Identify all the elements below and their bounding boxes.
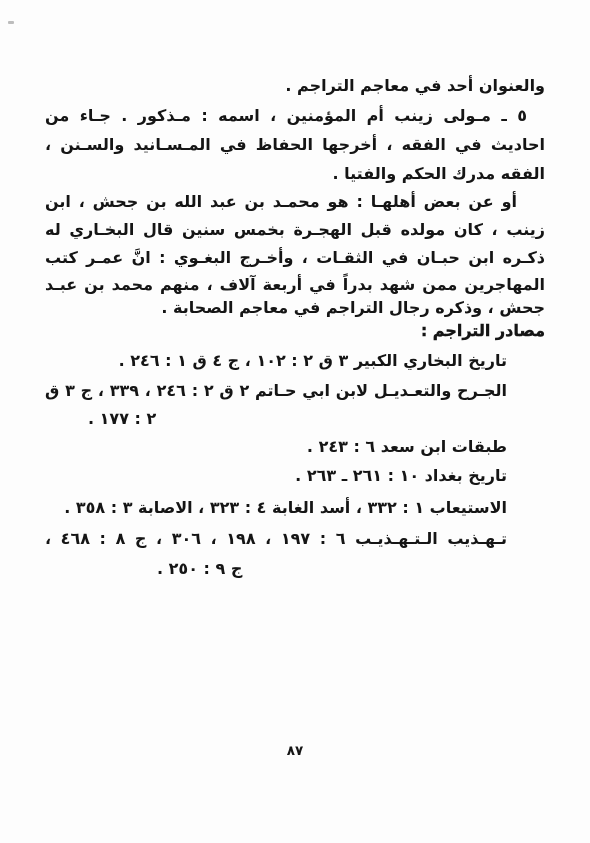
paragraph1-line3: الفقه مدرك الحكم والفتيا . [45, 160, 545, 187]
paragraph2-line2: زينب ، كان مولده قبل الهجـرة بخمس سنين ق… [45, 216, 545, 243]
paragraph1-line2: احاديث في الفقه ، أخرجها الحفاظ في المـس… [45, 131, 545, 158]
paragraph2-line1: أو عن بعض أهلهـا : هو محمـد بن عبد الله … [45, 188, 517, 215]
source-entry-tahdhib-line2: ج ٩ : ٢٥٠ . [45, 555, 545, 582]
source-entry-jarh-line1: الجـرح والتعـديـل لابن ابي حـاتم ٢ ق ٢ :… [45, 377, 507, 404]
source-entry-tahdhib-line1: تـهـذيب الـتـهـذيـب ٦ : ١٩٧ ، ١٩٨ ، ٣٠٦ … [45, 525, 507, 552]
page-number: ٨٧ [0, 743, 590, 759]
scan-artifact-speck [8, 21, 14, 24]
source-entry-tabaqat: طبقات ابن سعد ٦ : ٢٤٣ . [45, 433, 507, 460]
source-entry-bukhari: تاريخ البخاري الكبير ٣ ق ٢ : ١٠٢ ، ج ٤ ق… [45, 347, 507, 374]
paragraph1-line1: ٥ ـ مـولى زينب أم المؤمنين ، اسمه : مـذك… [45, 102, 527, 129]
source-entry-istiab: الاستيعاب ١ : ٣٣٢ ، أسد الغابة ٤ : ٣٢٣ ،… [45, 494, 507, 521]
paragraph2-line3: ذكـره ابن حبـان في الثقـات ، وأخـرج البغ… [45, 244, 545, 271]
sources-heading: مصادر التراجم : [45, 317, 545, 344]
source-entry-jarh-line2: ٢ : ١٧٧ . [45, 405, 545, 432]
scanned-book-page: والعنوان أحد في معاجم التراجم . ٥ ـ مـول… [0, 0, 590, 843]
prev-paragraph-end-line: والعنوان أحد في معاجم التراجم . [45, 72, 545, 99]
source-entry-baghdad: تاريخ بغداد ١٠ : ٢٦١ ـ ٢٦٣ . [45, 462, 507, 489]
